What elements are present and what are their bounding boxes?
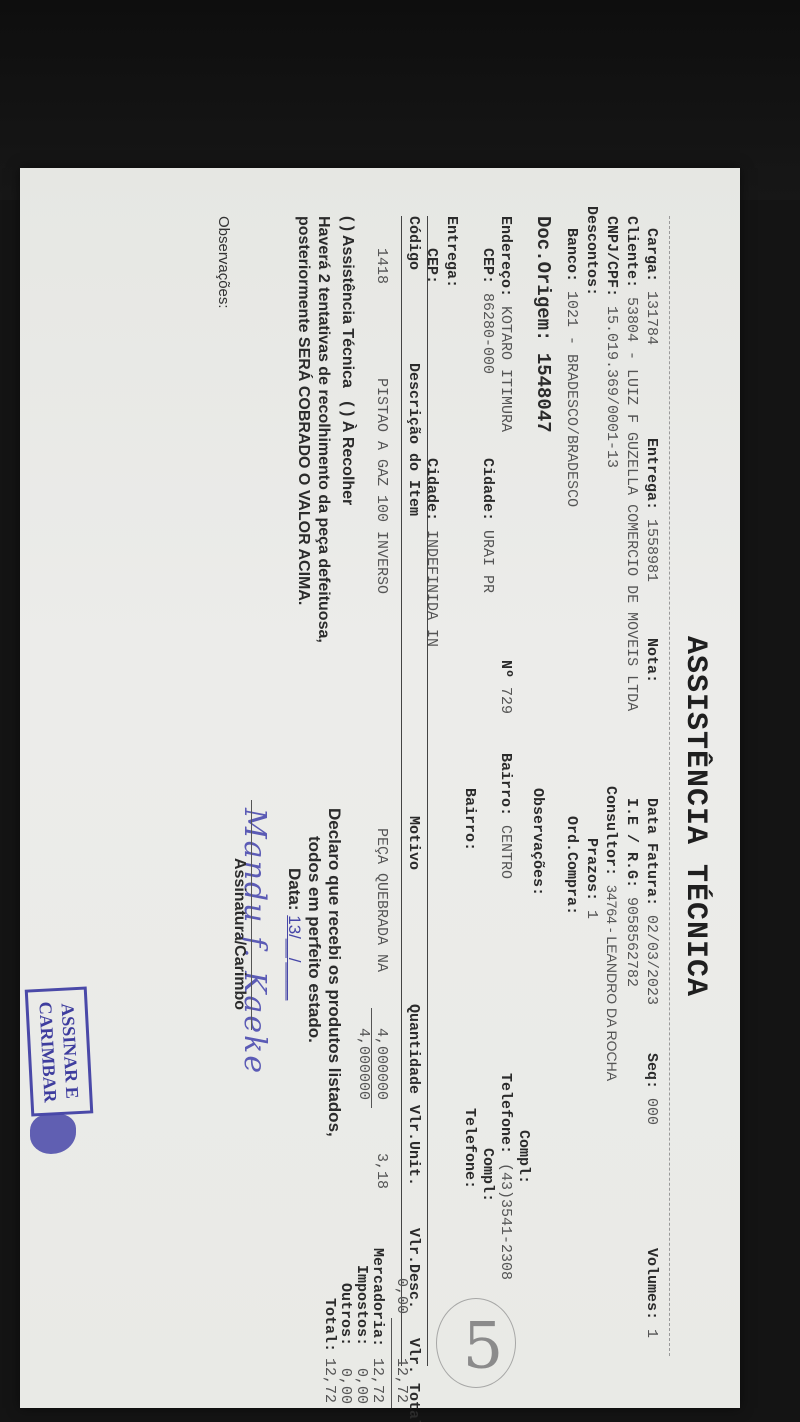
declaration-line-2: todos em perfeito estado.: [304, 836, 324, 1043]
total-label: Total:: [321, 1298, 338, 1352]
doc-origem-value: 1548047: [532, 353, 554, 433]
column-descricao: Descrição do Item: [405, 363, 422, 516]
entrega-cidade-value: INDEFINIDA IN: [423, 530, 440, 647]
volumes-field: Volumes: 1: [643, 1248, 660, 1338]
observacoes-field: Observações:: [529, 788, 546, 896]
entrega-address-field: Entrega:: [443, 216, 460, 288]
nota-label: Nota:: [643, 638, 660, 683]
prazos-field: Prazos: 1: [583, 838, 600, 919]
notice-line-2: posteriormente SERÁ COBRADO O VALOR ACIM…: [294, 216, 312, 605]
endereco-field: Endereço: KOTARO ITIMURA: [497, 216, 514, 432]
numero-value: 729: [497, 687, 514, 714]
total-value: 12,72: [321, 1358, 338, 1403]
quantidade-total: 4,000000: [355, 1028, 372, 1100]
row-motivo: PEÇA QUEBRADA NA: [373, 828, 390, 972]
banco-value: 1021 - BRADESCO/BRADESCO: [563, 291, 580, 507]
numero-field: Nº 729: [497, 660, 514, 714]
entrega-compl-label: Compl:: [479, 1148, 496, 1202]
cnpj-field: CNPJ/CPF: 15.019.369/0001-13: [603, 216, 620, 468]
cliente-value: 53804 - LUIZ F GUZELLA COMERCIO DE MOVEI…: [623, 297, 640, 711]
bairro-value: CENTRO: [497, 825, 514, 879]
date-value[interactable]: 13/__/____: [285, 915, 304, 1000]
carga-value: 131784: [643, 291, 660, 345]
volumes-value: 1: [643, 1329, 660, 1338]
total-sum-rule: [391, 1318, 392, 1408]
seq-label: Seq:: [643, 1053, 660, 1089]
cidade-value: URAI PR: [479, 530, 496, 593]
table-header-rule: [401, 216, 402, 1366]
document-title: ASSISTÊNCIA TÉCNICA: [678, 636, 712, 997]
footer-observacoes-label: Observações:: [215, 216, 232, 309]
mercadoria-label: Mercadoria:: [369, 1248, 386, 1347]
column-quantidade: Quantidade: [405, 1004, 422, 1094]
volumes-label: Volumes:: [643, 1248, 660, 1320]
nota-field: Nota:: [643, 638, 660, 683]
consultor-label: Consultor:: [602, 786, 619, 876]
top-dotted-divider: [669, 216, 670, 1356]
telefone-field: Telefone: (43)3541-2308: [497, 1073, 514, 1280]
observacoes-label: Observações:: [529, 788, 546, 896]
telefone-label: Telefone:: [497, 1073, 514, 1154]
consultor-value: 34764 - LEANDRO DA ROCHA: [604, 885, 620, 1081]
banco-label: Banco:: [563, 228, 580, 282]
outros-value: 0,00: [337, 1368, 354, 1404]
a-recolher-checkbox[interactable]: ( ) À Recolher: [339, 401, 356, 505]
entrega-cep-field: CEP:: [423, 248, 440, 284]
entrega-telefone-label: Telefone:: [461, 1108, 478, 1189]
row-vlr-total: 12,72: [393, 1358, 410, 1403]
bairro-field: Bairro: CENTRO: [497, 753, 514, 879]
row-descricao: PISTAO A GAZ 100 INVERSO: [373, 378, 390, 594]
stamp-ink-blob: [30, 1114, 76, 1154]
cep-label: CEP:: [479, 248, 496, 284]
impostos-value: 0,00: [353, 1368, 370, 1404]
date-label: Data:: [285, 868, 304, 911]
notice-line-1: Haverá 2 tentativas de recolhimento da p…: [314, 216, 332, 643]
entrega-telefone-field: Telefone:: [461, 1108, 478, 1189]
assistencia-tecnica-option[interactable]: ( ) Assistência Técnica ( ) À Recolher: [338, 216, 356, 505]
cnpj-value: 15.019.369/0001-13: [603, 306, 620, 468]
compl-label: Compl:: [515, 1130, 532, 1184]
entrega-bairro-field: Bairro:: [461, 788, 478, 851]
impostos-label: Impostos:: [353, 1265, 370, 1346]
seq-value: 000: [643, 1098, 660, 1125]
cep-value: 86280-000: [479, 293, 496, 374]
ie-field: I.E / R.G: 9058562782: [623, 798, 640, 987]
cliente-label: Cliente:: [623, 216, 640, 288]
numero-label: Nº: [497, 660, 514, 678]
mercadoria-value: 12,72: [369, 1358, 386, 1403]
carga-label: Carga:: [643, 228, 660, 282]
prazos-value: 1: [583, 910, 600, 919]
data-fatura-field: Data Fatura: 02/03/2023: [643, 798, 660, 1005]
table-top-rule: [427, 216, 428, 1366]
entrega-address-label: Entrega:: [443, 216, 460, 288]
data-fatura-label: Data Fatura:: [643, 798, 660, 906]
endereco-label: Endereço:: [497, 216, 514, 297]
pencil-number-mark: 5: [463, 1309, 504, 1383]
cidade-field: Cidade: URAI PR: [479, 458, 496, 593]
signature-label: Assinatura/Carimbo: [230, 858, 248, 1010]
ord-compra-label: Ord.Compra:: [563, 816, 580, 915]
ord-compra-field: Ord.Compra:: [563, 816, 580, 915]
banco-field: Banco: 1021 - BRADESCO/BRADESCO: [563, 228, 580, 507]
descontos-label: Descontos:: [583, 206, 600, 296]
consultor-field: Consultor: 34764 - LEANDRO DA ROCHA: [602, 786, 620, 1081]
bairro-label: Bairro:: [497, 753, 514, 816]
endereco-value: KOTARO ITIMURA: [497, 306, 514, 432]
ie-label: I.E / R.G:: [623, 798, 640, 888]
assinar-carimbar-stamp: ASSINAR E CARIMBAR: [25, 986, 94, 1116]
signature-line: [251, 800, 252, 1030]
doc-origem-field: Doc.Origem: 1548047: [532, 216, 554, 433]
telefone-value: (43)3541-2308: [497, 1163, 514, 1280]
doc-origem-label: Doc.Origem:: [532, 216, 554, 341]
prazos-label: Prazos:: [583, 838, 600, 901]
assistencia-tecnica-checkbox[interactable]: ( ) Assistência Técnica: [339, 216, 356, 388]
cep-field: CEP: 86280-000: [479, 248, 496, 374]
row-codigo: 1418: [373, 248, 390, 284]
declaration-line-1: Declaro que recebi os produtos listados,: [324, 808, 344, 1137]
cliente-field: Cliente: 53804 - LUIZ F GUZELLA COMERCIO…: [623, 216, 640, 711]
descontos-field: Descontos:: [583, 206, 600, 296]
ie-value: 9058562782: [623, 897, 640, 987]
carga-field: Carga: 131784: [643, 228, 660, 345]
row-vlr-desc: 0,00: [393, 1278, 410, 1314]
column-codigo: Código: [405, 216, 422, 270]
cidade-label: Cidade:: [479, 458, 496, 521]
column-vlr-unit: Vlr.Unit.: [405, 1105, 422, 1186]
assistencia-tecnica-form: ASSISTÊNCIA TÉCNICA Carga: 131784 Entreg…: [20, 168, 740, 1408]
entrega-cep-label: CEP:: [423, 248, 440, 284]
entrega-compl-field: Compl:: [479, 1148, 496, 1202]
outros-label: Outros:: [337, 1283, 354, 1346]
date-field[interactable]: Data: 13/__/____: [284, 868, 304, 1000]
cnpj-label: CNPJ/CPF:: [603, 216, 620, 297]
entrega-label: Entrega:: [643, 438, 660, 510]
compl-field: Compl:: [515, 1130, 532, 1184]
seq-field: Seq: 000: [643, 1053, 660, 1125]
column-motivo: Motivo: [405, 816, 422, 870]
data-fatura-value: 02/03/2023: [643, 915, 660, 1005]
entrega-bairro-label: Bairro:: [461, 788, 478, 851]
entrega-cidade-label: Cidade:: [423, 458, 440, 521]
row-vlr-unit: 3,18: [373, 1153, 390, 1189]
entrega-number-field: Entrega: 1558981: [643, 438, 660, 582]
row-quantidade: 4,000000: [373, 1028, 390, 1100]
entrega-cidade-field: Cidade: INDEFINIDA IN: [423, 458, 440, 647]
entrega-value: 1558981: [643, 519, 660, 582]
